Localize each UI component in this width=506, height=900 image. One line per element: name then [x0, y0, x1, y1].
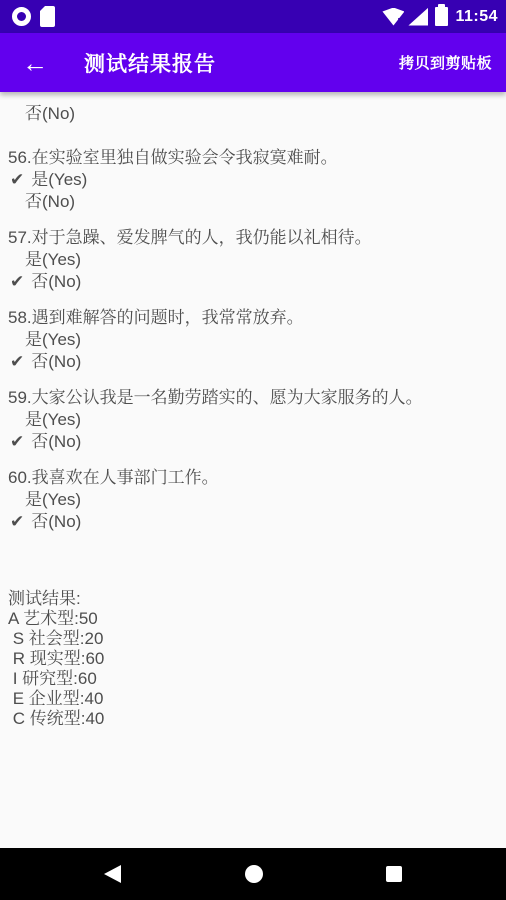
report-scroll-area[interactable]: 否(No) 56.在实验室里独自做实验会令我寂寞难耐。 ✔是(Yes) 否(No… — [0, 92, 506, 848]
status-bar-left — [12, 6, 55, 27]
question-text: 57.对于急躁、爱发脾气的人，我仍能以礼相待。 — [8, 227, 498, 249]
navigation-bar — [0, 848, 506, 900]
back-triangle-icon — [104, 865, 121, 883]
result-item-realistic: R 现实型:60 — [8, 649, 498, 669]
result-item-conventional: C 传统型:40 — [8, 709, 498, 729]
status-bar-time: 11:54 — [455, 8, 498, 26]
nav-back-button[interactable] — [98, 859, 127, 889]
check-icon: ✔ — [10, 272, 24, 291]
answer-no: ✔否(No) — [8, 351, 498, 373]
question-block-56: 56.在实验室里独自做实验会令我寂寞难耐。 ✔是(Yes) 否(No) — [8, 147, 498, 213]
result-item-social: S 社会型:20 — [8, 629, 498, 649]
sd-card-icon — [40, 6, 55, 27]
page-title: 测试结果报告 — [84, 48, 399, 78]
copy-to-clipboard-button[interactable]: 拷贝到剪贴板 — [399, 52, 492, 73]
answer-label: 否(No) — [31, 272, 81, 291]
question-block-59: 59.大家公认我是一名勤劳踏实的、愿为大家服务的人。 是(Yes) ✔否(No) — [8, 387, 498, 453]
nav-recents-button[interactable] — [380, 860, 408, 888]
answer-no: 否(No) — [8, 191, 498, 213]
question-text: 59.大家公认我是一名勤劳踏实的、愿为大家服务的人。 — [8, 387, 498, 409]
question-text: 60.我喜欢在人事部门工作。 — [8, 467, 498, 489]
answer-no: ✔否(No) — [8, 511, 498, 533]
result-item-enterprising: E 企业型:40 — [8, 689, 498, 709]
question-block-58: 58.遇到难解答的问题时，我常常放弃。 是(Yes) ✔否(No) — [8, 307, 498, 373]
question-text: 56.在实验室里独自做实验会令我寂寞难耐。 — [8, 147, 498, 169]
check-icon: ✔ — [10, 512, 24, 531]
record-ring-icon — [12, 7, 31, 26]
status-bar-right: R 11:54 — [382, 7, 498, 26]
result-item-artistic: A 艺术型:50 — [8, 609, 498, 629]
android-screen: R 11:54 ← 测试结果报告 拷贝到剪贴板 否(No) 56.在实验室里独自… — [0, 0, 506, 900]
nav-home-button[interactable] — [239, 859, 269, 889]
spacer — [8, 125, 498, 147]
status-bar: R 11:54 — [0, 0, 506, 33]
answer-label: 否(No) — [31, 352, 81, 371]
question-block-57: 57.对于急躁、爱发脾气的人，我仍能以礼相待。 是(Yes) ✔否(No) — [8, 227, 498, 293]
previous-answer-no: 否(No) — [8, 103, 498, 125]
wifi-icon: R — [382, 8, 404, 26]
result-item-investigative: I 研究型:60 — [8, 669, 498, 689]
answer-yes: 是(Yes) — [8, 329, 498, 351]
test-results-section: 测试结果: A 艺术型:50 S 社会型:20 R 现实型:60 I 研究型:6… — [8, 589, 498, 729]
answer-label: 是(Yes) — [31, 170, 87, 189]
answer-yes: 是(Yes) — [8, 489, 498, 511]
answer-label: 否(No) — [31, 432, 81, 451]
answer-yes: ✔是(Yes) — [8, 169, 498, 191]
question-block-60: 60.我喜欢在人事部门工作。 是(Yes) ✔否(No) — [8, 467, 498, 533]
wifi-roaming-letter: R — [398, 18, 404, 26]
cellular-signal-icon — [408, 8, 428, 26]
results-heading: 测试结果: — [8, 589, 498, 609]
check-icon: ✔ — [10, 352, 24, 371]
answer-yes: 是(Yes) — [8, 249, 498, 271]
back-button[interactable]: ← — [22, 50, 48, 76]
question-text: 58.遇到难解答的问题时，我常常放弃。 — [8, 307, 498, 329]
answer-no: ✔否(No) — [8, 271, 498, 293]
answer-label: 否(No) — [31, 512, 81, 531]
battery-icon — [435, 7, 448, 26]
home-circle-icon — [245, 865, 263, 883]
answer-no: ✔否(No) — [8, 431, 498, 453]
app-bar: ← 测试结果报告 拷贝到剪贴板 — [0, 33, 506, 92]
answer-yes: 是(Yes) — [8, 409, 498, 431]
check-icon: ✔ — [10, 170, 24, 189]
recents-square-icon — [386, 866, 402, 882]
check-icon: ✔ — [10, 432, 24, 451]
